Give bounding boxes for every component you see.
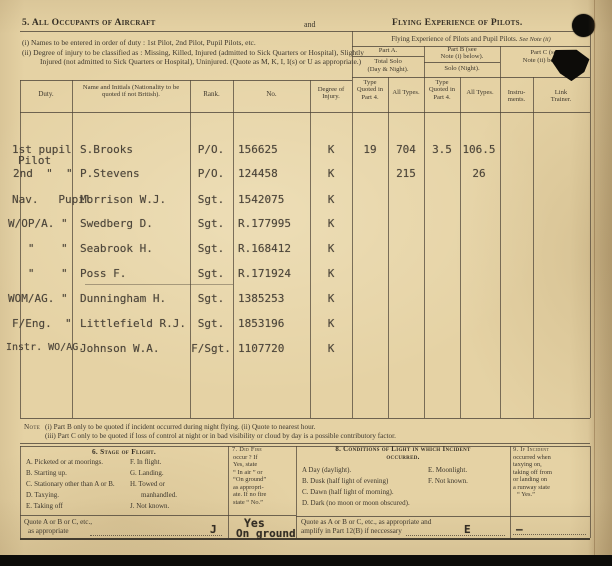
note-line-2: (iii) Part C only to be quoted if loss o… [45,432,396,440]
stage-option-g: G. Landing. [130,469,164,477]
table-row-8: F/Eng. " Littlefield R.J. Sgt. 1853196 K [0,317,612,331]
duty-cell: 2nd " " [13,167,73,180]
name-cell: Swedberg D. [80,217,153,230]
partb-type-cell: 3.5 [424,143,460,156]
fire-line-1: 7. Did Fire [232,446,262,453]
rank-cell: P/O. [190,143,232,156]
fire-line-8: state “ No.” [233,499,263,506]
rule-part-b [424,62,500,63]
number-cell: 124458 [238,167,278,180]
light-option-c: C. Dawn (half light of morning). [302,488,394,496]
fire-line-2: occur ? If [233,454,257,461]
stray-line-artifact [85,284,233,285]
table-row-3: Nav. Pupil Morrison W.J. Sgt. 1542075 K [0,193,612,207]
fire-line-5: “On ground” [233,476,266,483]
rank-cell: Sgt. [190,317,232,330]
light-answer-line [406,534,505,536]
grid-experience-left [352,31,353,418]
duty-cell: " " [8,267,68,280]
fire-line-6: as appropri- [233,484,264,491]
rule-double-1 [20,443,590,444]
rank-cell: Sgt. [190,193,232,206]
part-b-label-1: Part B (see [424,46,500,53]
light-option-d: D. Dark (no moon or moon obscured). [302,499,410,507]
rank-cell: Sgt. [190,217,232,230]
flying-experience-title: Flying Experience of Pilots. [392,18,523,28]
light-title-2: occurred. [296,454,510,461]
name-cell: Dunningham H. [80,292,166,305]
col-header-partb-all: All Types. [462,89,498,96]
fire-line-4: “ In air ” or [233,469,262,476]
col-header-link-trainer: Link Trainer. [544,89,578,104]
name-cell: S.Brooks [80,143,133,156]
table-row-5: " " Seabrook H. Sgt. R.168412 K [0,242,612,256]
col-header-parta-type: Type Quoted in Part 4. [353,79,387,101]
scan-bottom-black-band [0,555,612,566]
stage-quote-label-1: Quote A or B or C, etc., [24,518,92,526]
light-title-1: 8. Conditions of Light in which Incident [296,446,510,453]
runway-answer-value: — [516,523,523,536]
col-header-injury: Degree of Injury. [310,86,352,101]
fire-line-7: ate. If no fire [233,491,266,498]
parta-type-cell: 19 [352,143,388,156]
table-row-6: " " Poss F. Sgt. R.171924 K [0,267,612,281]
number-cell: 1853196 [238,317,284,330]
stage-option-a: A. Picketed or at moorings. [26,458,103,466]
bottom-grid-fire-light [296,446,297,538]
page-right-edge-shadow [588,0,612,566]
conjunction-and: and [304,20,316,29]
rule-light-answer [296,516,590,517]
stage-of-flight-title: 6. Stage of Flight. [20,447,228,456]
rule-double-2 [20,446,590,447]
stage-answer-value: J [210,523,217,536]
duty-cell: W/OP/A. " [8,217,68,230]
col-header-partb-type: Type Quoted in Part 4. [425,79,459,101]
rank-cell: Sgt. [190,242,232,255]
page-edge-line [594,0,595,566]
light-quote-label-2: amplify in Part 12(B) if neccessary [301,527,402,535]
parta-all-cell: 704 [388,143,424,156]
col-header-rank: Rank. [190,90,233,98]
table-row-9: Instr. WO/AG. Johnson W.A. F/Sgt. 110772… [0,342,612,356]
col-header-duty: Duty. [20,90,72,98]
note-line-1: (i) Part B only to be quoted if incident… [45,423,315,431]
part-b-sub: Solo (Night). [424,65,500,72]
grid-name-divider [190,80,191,418]
stage-option-d: D. Taxying. [26,491,59,499]
instruction-ii: (ii) Degree of injury to be classified a… [22,48,364,67]
grid-parta-partb-divider [424,46,425,418]
name-cell: Littlefield R.J. [80,317,186,330]
number-cell: R.168412 [238,242,291,255]
injury-cell: K [310,267,352,280]
runway-line-5: or landing on [513,476,547,483]
injury-cell: K [310,317,352,330]
injury-cell: K [310,193,352,206]
injury-cell: K [310,143,352,156]
stage-quote-label-2: as appropriate [28,527,69,535]
rule-above-headers [20,80,352,81]
scanned-form-page: 5. All Occupants of Aircraft and Flying … [0,0,612,566]
rule-form-bottom [20,538,590,540]
grid-rank-divider [233,80,234,418]
experience-box-title-text: Flying Experience of Pilots and Pupil Pi… [391,35,517,43]
section5-title: 5. All Occupants of Aircraft [22,18,156,28]
name-cell: Johnson W.A. [80,342,159,355]
parta-all-cell: 215 [388,167,424,180]
light-option-e: E. Moonlight. [428,466,467,474]
grid-partb-partc-divider [500,46,501,418]
name-cell: Poss F. [80,267,126,280]
stage-option-b: B. Starting up. [26,469,67,477]
number-cell: R.177995 [238,217,291,230]
stage-option-e: E. Taking off [26,502,63,510]
runway-line-2: occurred when [513,454,551,461]
grid-partc-divider [533,77,534,418]
table-row-4: W/OP/A. " Swedberg D. Sgt. R.177995 K [0,217,612,231]
part-a-sub2: (Day & Night). [352,66,424,73]
part-b-label-2: Note (i) below). [424,53,500,60]
experience-box-title: Flying Experience of Pilots and Pupil Pi… [352,35,590,43]
duty-cell-line2: Pilot [18,154,51,167]
injury-cell: K [310,217,352,230]
stage-option-j: J. Not known. [130,502,169,510]
light-quote-label-1: Quote as A or B or C, etc., as appropria… [301,518,431,526]
rule-table-bottom [20,418,590,419]
stage-option-f: F. In flight. [130,458,161,466]
rule-part-a [352,56,424,57]
number-cell: 1107720 [238,342,284,355]
instruction-i: (i) Names to be entered in order of duty… [22,38,346,48]
light-option-f: F. Not known. [428,477,468,485]
name-cell: P.Stevens [80,167,140,180]
rule-under-titles [20,31,590,32]
duty-cell: WOM/AG. " [8,292,68,305]
injury-cell: K [310,292,352,305]
grid-left-edge [20,80,21,418]
runway-line-7: “ Yes.” [517,491,535,498]
bottom-grid-left [20,446,21,538]
bottom-grid-light-runway [510,446,511,538]
rule-stage-answer [20,515,296,516]
note-label: Note [24,423,40,431]
duty-cell: " " [8,242,68,255]
stage-option-h-cont: manhandled. [141,491,177,499]
part-a-label: Part A. [352,47,424,54]
col-header-no: No. [233,90,310,98]
rank-cell: F/Sgt. [190,342,232,355]
partb-all-cell: 26 [458,167,500,180]
runway-line-6: a runway state [513,484,550,491]
col-header-name: Name and Initials (Nationality to be quo… [75,84,187,99]
rank-cell: P/O. [190,167,232,180]
grid-partb-divider [460,77,461,418]
col-header-instruments: Instru-ments. [501,89,532,104]
name-cell: Morrison W.J. [80,193,166,206]
rule-under-headers [20,112,590,113]
bottom-grid-stage-fire [228,446,229,538]
light-option-a: A Day (daylight). [302,466,351,474]
table-row-1: 1st pupil Pilot S.Brooks P/O. 156625 K 1… [0,143,612,157]
grid-duty-divider [72,80,73,418]
injury-cell: K [310,242,352,255]
stage-option-h: H. Towed or [130,480,165,488]
part-a-sub1: Total Solo [352,58,424,65]
injury-cell: K [310,342,352,355]
number-cell: R.171924 [238,267,291,280]
fire-line-3: Yes, state [233,461,257,468]
injury-cell: K [310,167,352,180]
partb-all-cell: 106.5 [458,143,500,156]
runway-line-4: taking off from [513,469,552,476]
grid-no-divider [310,80,311,418]
rank-cell: Sgt. [190,292,232,305]
number-cell: 1385253 [238,292,284,305]
number-cell: 1542075 [238,193,284,206]
stage-option-c: C. Stationary other than A or B. [26,480,115,488]
fire-answer-on-ground: On ground [236,527,296,540]
table-row-2: 2nd " " P.Stevens P/O. 124458 K 215 26 [0,167,612,181]
name-cell: Seabrook H. [80,242,153,255]
light-option-b: B. Dusk (half light of evening) [302,477,388,485]
runway-line-1: 9. If Incident [513,446,549,453]
runway-answer-line [513,533,586,535]
experience-box-title-note: See Note (ii) [519,36,550,43]
rank-cell: Sgt. [190,267,232,280]
runway-line-3: taxying on, [513,461,542,468]
col-header-parta-all: All Types. [390,89,422,96]
grid-parta-divider [388,77,389,418]
number-cell: 156625 [238,143,278,156]
table-row-7: WOM/AG. " Dunningham H. Sgt. 1385253 K [0,292,612,306]
light-answer-value: E [464,523,471,536]
stage-answer-line [90,534,222,536]
rule-under-box-title [352,46,590,47]
